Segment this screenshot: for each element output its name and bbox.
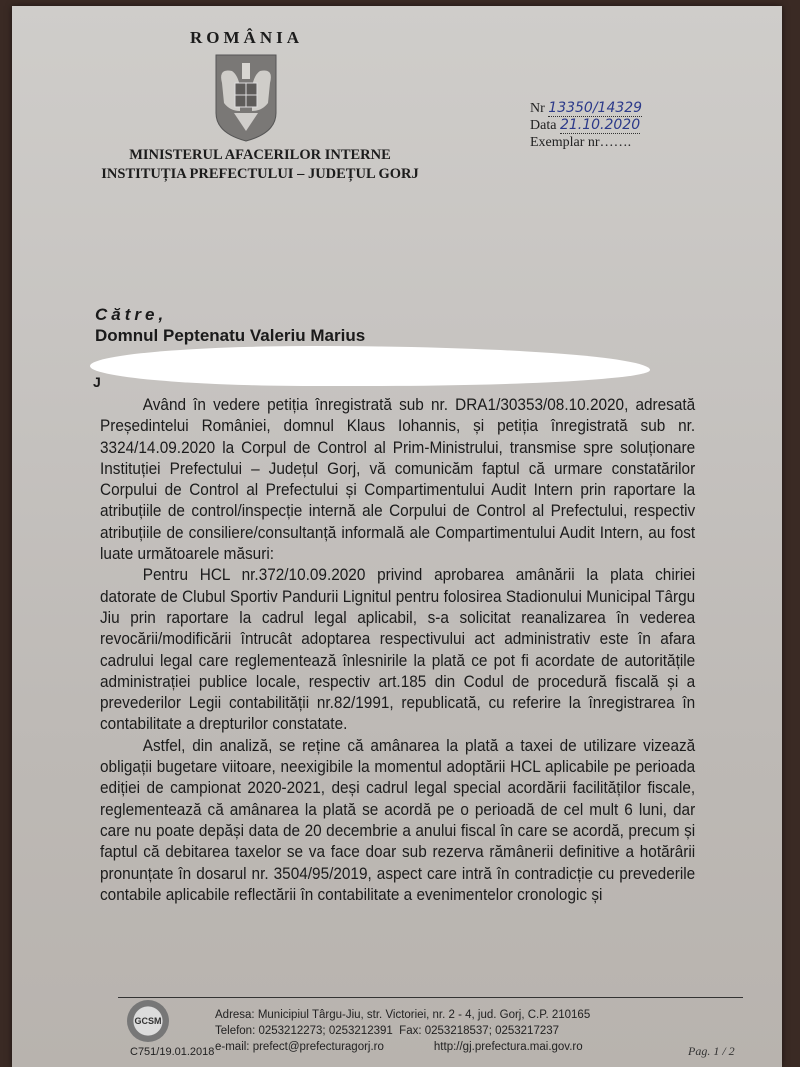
salutation: Către,: [95, 305, 167, 325]
letter-body: Având în vedere petiția înregistrată sub…: [100, 395, 695, 906]
country-heading: ROMÂNIA: [190, 28, 303, 48]
date-label: Data: [530, 118, 556, 133]
paragraph: Având în vedere petiția înregistrată sub…: [100, 395, 695, 565]
registration-number: 13350/14329: [548, 100, 642, 117]
partial-address-text: J: [93, 374, 101, 390]
page-number: Pag. 1 / 2: [688, 1044, 735, 1059]
certification-badge-icon: GCSM: [127, 1000, 169, 1042]
footer-phone: Telefon: 0253212273; 0253212391: [215, 1025, 393, 1037]
footer-divider: [118, 997, 743, 998]
footer-website[interactable]: http://gj.prefectura.mai.gov.ro: [434, 1041, 583, 1053]
registration-date: 21.10.2020: [560, 117, 640, 134]
certification-code: C751/19.01.2018: [130, 1046, 214, 1058]
exemplar-label: Exemplar nr…….: [530, 134, 642, 151]
footer-fax: Fax: 0253218537; 0253217237: [399, 1025, 559, 1037]
institution-line: INSTITUȚIA PREFECTULUI – JUDEȚUL GORJ: [80, 165, 440, 184]
ministry-header: MINISTERUL AFACERILOR INTERNE INSTITUȚIA…: [80, 146, 440, 184]
footer-email[interactable]: e-mail: prefect@prefecturagorj.ro: [215, 1041, 384, 1053]
romania-coat-of-arms-icon: [214, 53, 278, 143]
footer-contact: Adresa: Municipiul Târgu-Jiu, str. Victo…: [215, 1007, 590, 1055]
ministry-line: MINISTERUL AFACERILOR INTERNE: [80, 146, 440, 165]
footer-address: Adresa: Municipiul Târgu-Jiu, str. Victo…: [215, 1007, 590, 1023]
registration-block: Nr 13350/14329 Data 21.10.2020 Exemplar …: [530, 100, 642, 151]
nr-label: Nr: [530, 101, 545, 116]
paragraph: Astfel, din analiză, se reține că amânar…: [100, 736, 695, 906]
recipient-name: Domnul Peptenatu Valeriu Marius: [95, 326, 365, 346]
paragraph: Pentru HCL nr.372/10.09.2020 privind apr…: [100, 565, 695, 735]
